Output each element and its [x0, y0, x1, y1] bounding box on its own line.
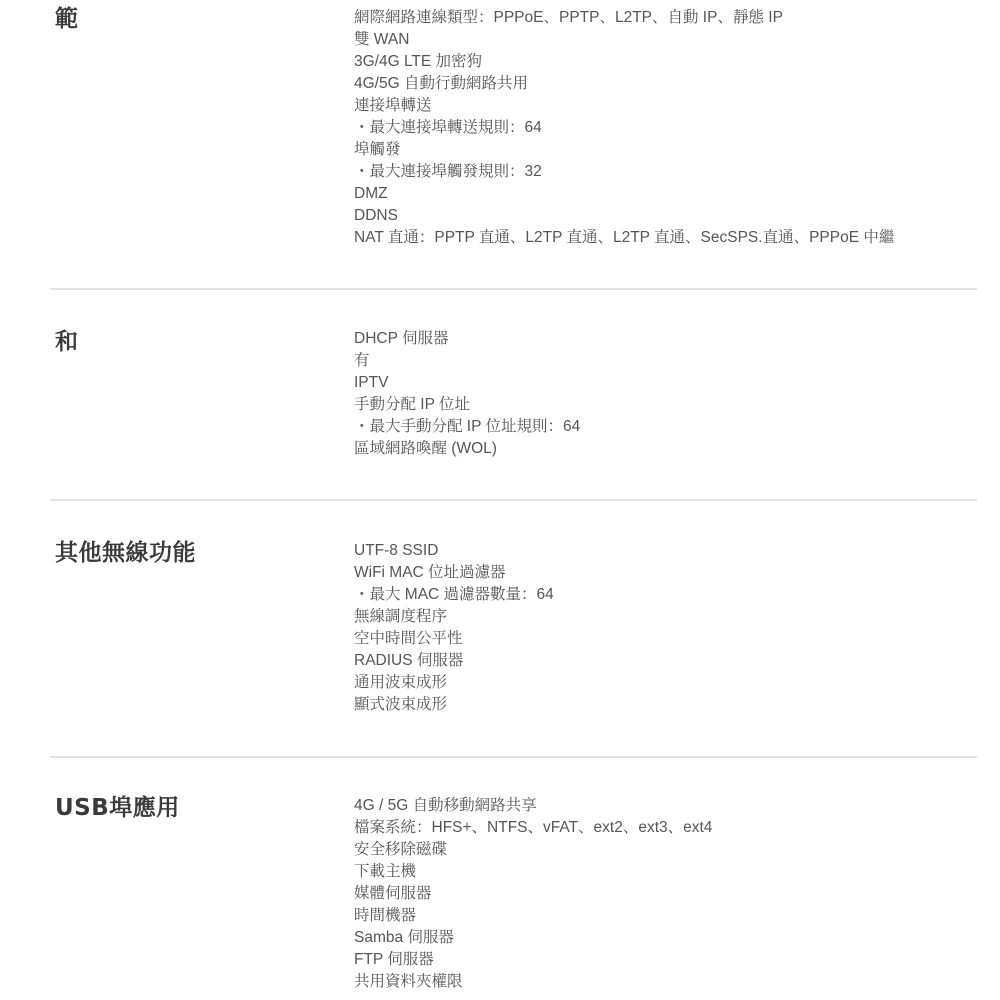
spec-item: 手動分配 IP 位址	[354, 394, 580, 416]
spec-item: NAT 直通：PPTP 直通、L2TP 直通、L2TP 直通、SecSPS.直通…	[354, 227, 894, 249]
spec-item: DHCP 伺服器	[354, 328, 580, 350]
spec-item: 3G/4G LTE 加密狗	[354, 51, 894, 73]
spec-item: ・最大手動分配 IP 位址規則：64	[354, 416, 580, 438]
spec-item: 雙 WAN	[354, 29, 894, 51]
spec-item: ・最大連接埠觸發規則：32	[354, 161, 894, 183]
section-title: USB埠應用	[55, 794, 180, 822]
spec-item: DMZ	[354, 183, 894, 205]
spec-item: 網際網路連線類型：PPPoE、PPTP、L2TP、自動 IP、靜態 IP	[354, 7, 894, 29]
spec-item: 檔案系統：HFS+、NTFS、vFAT、ext2、ext3、ext4	[354, 817, 712, 839]
section-divider	[50, 499, 977, 501]
spec-item: IPTV	[354, 372, 580, 394]
spec-item: ・最大 MAC 過濾器數量：64	[354, 584, 554, 606]
spec-item: 共用資料夾權限	[354, 971, 712, 993]
spec-item: 顯式波束成形	[354, 694, 554, 716]
spec-item: 4G/5G 自動行動網路共用	[354, 73, 894, 95]
spec-item: 4G / 5G 自動移動網路共享	[354, 795, 712, 817]
spec-item: WiFi MAC 位址過濾器	[354, 562, 554, 584]
spec-item: 媒體伺服器	[354, 883, 712, 905]
spec-item: UTF-8 SSID	[354, 540, 554, 562]
section-divider	[50, 288, 977, 290]
section-title: 其他無線功能	[55, 539, 196, 567]
spec-item: 連接埠轉送	[354, 95, 894, 117]
spec-list: UTF-8 SSID WiFi MAC 位址過濾器 ・最大 MAC 過濾器數量：…	[354, 540, 554, 716]
section-title: 範	[55, 5, 79, 33]
spec-item: 下載主機	[354, 861, 712, 883]
spec-item: RADIUS 伺服器	[354, 650, 554, 672]
spec-list: DHCP 伺服器 有 IPTV 手動分配 IP 位址 ・最大手動分配 IP 位址…	[354, 328, 580, 460]
spec-item: Samba 伺服器	[354, 927, 712, 949]
spec-item: 無線調度程序	[354, 606, 554, 628]
spec-item: ・最大連接埠轉送規則：64	[354, 117, 894, 139]
spec-item: 通用波束成形	[354, 672, 554, 694]
spec-item: 有	[354, 350, 580, 372]
spec-item: DDNS	[354, 205, 894, 227]
spec-item: 埠觸發	[354, 139, 894, 161]
spec-item: FTP 伺服器	[354, 949, 712, 971]
spec-list: 網際網路連線類型：PPPoE、PPTP、L2TP、自動 IP、靜態 IP 雙 W…	[354, 7, 894, 249]
spec-item: 空中時間公平性	[354, 628, 554, 650]
spec-item: 時間機器	[354, 905, 712, 927]
section-title: 和	[55, 328, 79, 356]
spec-item: 區域網路喚醒 (WOL)	[354, 438, 580, 460]
spec-item: 安全移除磁碟	[354, 839, 712, 861]
spec-list: 4G / 5G 自動移動網路共享 檔案系統：HFS+、NTFS、vFAT、ext…	[354, 795, 712, 993]
section-divider	[50, 756, 977, 758]
